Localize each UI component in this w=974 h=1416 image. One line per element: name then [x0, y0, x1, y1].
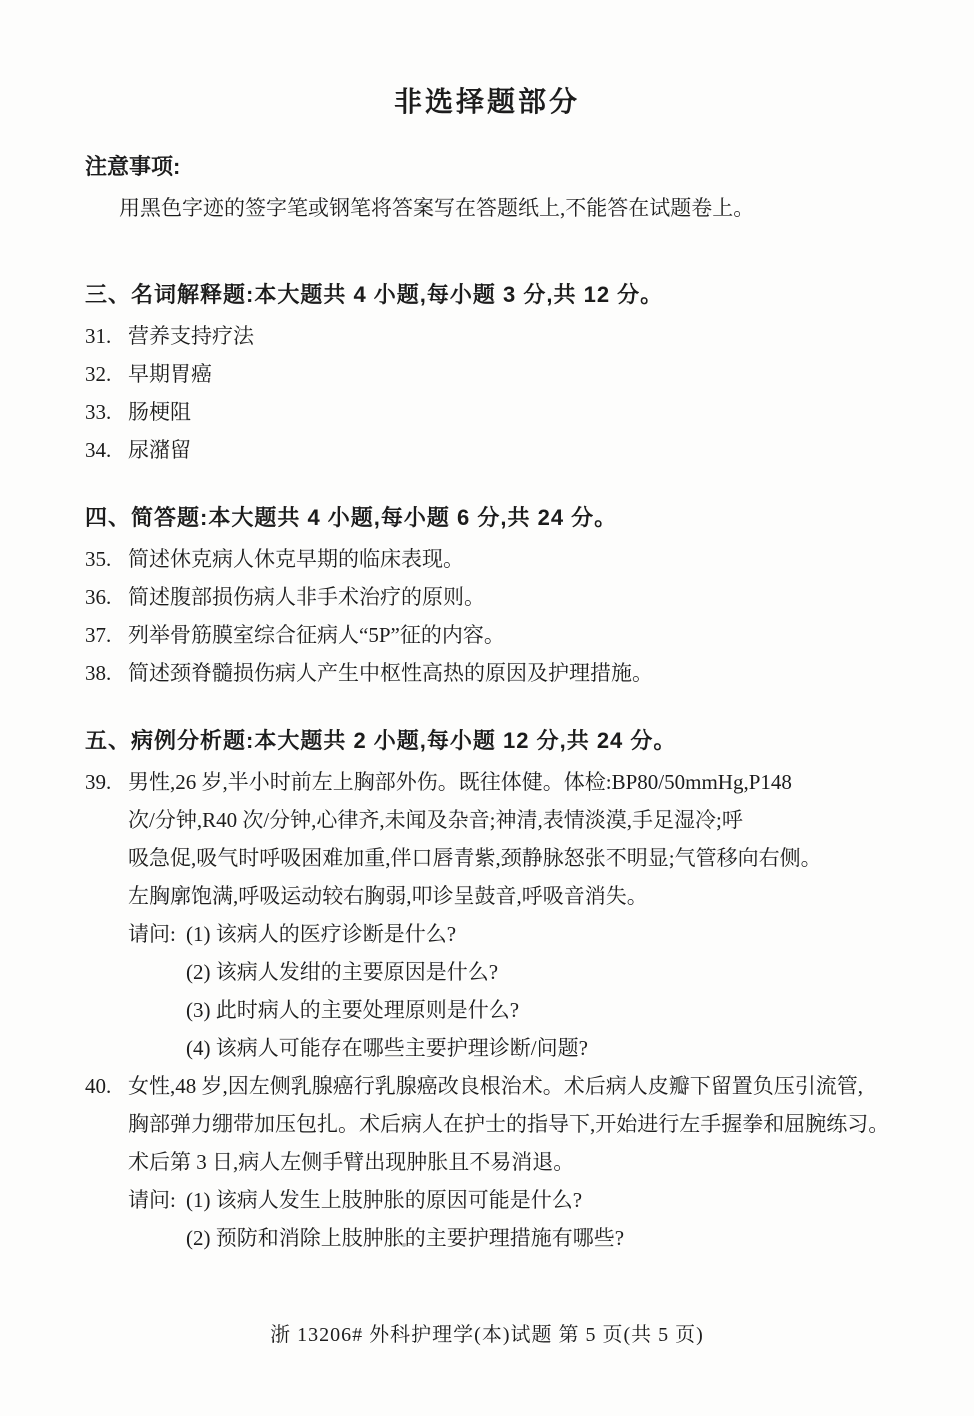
- prompt-label: 请问:: [128, 1181, 186, 1219]
- question-number: 39.: [85, 763, 128, 801]
- question-number: 36.: [85, 578, 128, 616]
- case-sub-question: (3) 此时病人的主要处理原则是什么?: [186, 991, 894, 1029]
- case-sub-question: (2) 该病人发绀的主要原因是什么?: [186, 953, 894, 991]
- case-question-row: (2) 预防和消除上肢肿胀的主要护理措施有哪些?: [128, 1219, 894, 1257]
- scan-artifact-dot: [402, 1243, 406, 1247]
- page-title: 非选择题部分: [0, 0, 974, 120]
- notice-text: 用黑色字迹的签字笔或钢笔将答案写在答题纸上,不能答在试题卷上。: [119, 192, 894, 224]
- question-text: 简述腹部损伤病人非手术治疗的原则。: [128, 578, 485, 616]
- question-number: 35.: [85, 540, 128, 578]
- page-content: 注意事项: 用黑色字迹的签字笔或钢笔将答案写在答题纸上,不能答在试题卷上。 三、…: [0, 152, 974, 1257]
- question-item: 38. 简述颈脊髓损伤病人产生中枢性高热的原因及护理措施。: [85, 654, 894, 692]
- section-header: 三、名词解释题:本大题共 4 小题,每小题 3 分,共 12 分。: [85, 276, 894, 314]
- case-body: 男性,26 岁,半小时前左上胸部外伤。既往体健。体检:BP80/50mmHg,P…: [128, 763, 894, 915]
- prompt-label: 请问:: [128, 915, 186, 953]
- question-text: 肠梗阻: [128, 393, 191, 431]
- question-text: 简述休克病人休克早期的临床表现。: [128, 540, 464, 578]
- question-item: 36. 简述腹部损伤病人非手术治疗的原则。: [85, 578, 894, 616]
- case-body-line: 胸部弹力绷带加压包扎。术后病人在护士的指导下,开始进行左手握拳和屈腕练习。: [128, 1105, 894, 1143]
- case-question-row: (3) 此时病人的主要处理原则是什么?: [128, 991, 894, 1029]
- question-text: 简述颈脊髓损伤病人产生中枢性高热的原因及护理措施。: [128, 654, 653, 692]
- question-number: 38.: [85, 654, 128, 692]
- question-item: 33. 肠梗阻: [85, 393, 894, 431]
- page-footer: 浙 13206# 外科护理学(本)试题 第 5 页(共 5 页): [0, 1318, 974, 1347]
- exam-paper-page: 非选择题部分 注意事项: 用黑色字迹的签字笔或钢笔将答案写在答题纸上,不能答在试…: [0, 0, 974, 1416]
- case-item-39: 39. 男性,26 岁,半小时前左上胸部外伤。既往体健。体检:BP80/50mm…: [85, 763, 894, 1067]
- notice-label: 注意事项:: [85, 152, 894, 182]
- question-text: 早期胃癌: [128, 355, 212, 393]
- case-sub-question: (4) 该病人可能存在哪些主要护理诊断/问题?: [186, 1029, 894, 1067]
- case-sub-question: (1) 该病人的医疗诊断是什么?: [186, 915, 894, 953]
- question-text: 营养支持疗法: [128, 317, 254, 355]
- question-number: 37.: [85, 616, 128, 654]
- case-body-line: 女性,48 岁,因左侧乳腺癌行乳腺癌改良根治术。术后病人皮瓣下留置负压引流管,: [128, 1067, 894, 1105]
- section-short-answer: 四、简答题:本大题共 4 小题,每小题 6 分,共 24 分。 35. 简述休克…: [85, 499, 894, 692]
- case-question-row: 请问: (1) 该病人发生上肢肿胀的原因可能是什么?: [128, 1181, 894, 1219]
- question-item: 32. 早期胃癌: [85, 355, 894, 393]
- question-item: 34. 尿潴留: [85, 431, 894, 469]
- question-item: 31. 营养支持疗法: [85, 317, 894, 355]
- case-sub-question: (2) 预防和消除上肢肿胀的主要护理措施有哪些?: [186, 1219, 894, 1257]
- question-number: 31.: [85, 317, 128, 355]
- question-number: 34.: [85, 431, 128, 469]
- section-term-definitions: 三、名词解释题:本大题共 4 小题,每小题 3 分,共 12 分。 31. 营养…: [85, 276, 894, 469]
- case-body-row: 40. 女性,48 岁,因左侧乳腺癌行乳腺癌改良根治术。术后病人皮瓣下留置负压引…: [85, 1067, 894, 1181]
- case-body-row: 39. 男性,26 岁,半小时前左上胸部外伤。既往体健。体检:BP80/50mm…: [85, 763, 894, 915]
- case-body: 女性,48 岁,因左侧乳腺癌行乳腺癌改良根治术。术后病人皮瓣下留置负压引流管, …: [128, 1067, 894, 1181]
- case-question-row: 请问: (1) 该病人的医疗诊断是什么?: [128, 915, 894, 953]
- case-body-line: 吸急促,吸气时呼吸困难加重,伴口唇青紫,颈静脉怒张不明显;气管移向右侧。: [128, 839, 894, 877]
- case-body-line: 次/分钟,R40 次/分钟,心律齐,未闻及杂音;神清,表情淡漠,手足湿冷;呼: [128, 801, 894, 839]
- question-number: 32.: [85, 355, 128, 393]
- question-text: 列举骨筋膜室综合征病人“5P”征的内容。: [128, 616, 505, 654]
- case-body-line: 左胸廓饱满,呼吸运动较右胸弱,叩诊呈鼓音,呼吸音消失。: [128, 877, 894, 915]
- case-question-row: (4) 该病人可能存在哪些主要护理诊断/问题?: [128, 1029, 894, 1067]
- section-header: 四、简答题:本大题共 4 小题,每小题 6 分,共 24 分。: [85, 499, 894, 537]
- question-item: 35. 简述休克病人休克早期的临床表现。: [85, 540, 894, 578]
- section-header: 五、病例分析题:本大题共 2 小题,每小题 12 分,共 24 分。: [85, 722, 894, 760]
- case-question-row: (2) 该病人发绀的主要原因是什么?: [128, 953, 894, 991]
- section-case-analysis: 五、病例分析题:本大题共 2 小题,每小题 12 分,共 24 分。 39. 男…: [85, 722, 894, 1257]
- case-body-line: 男性,26 岁,半小时前左上胸部外伤。既往体健。体检:BP80/50mmHg,P…: [128, 763, 894, 801]
- question-number: 33.: [85, 393, 128, 431]
- question-text: 尿潴留: [128, 431, 191, 469]
- question-number: 40.: [85, 1067, 128, 1105]
- case-body-line: 术后第 3 日,病人左侧手臂出现肿胀且不易消退。: [128, 1143, 894, 1181]
- question-item: 37. 列举骨筋膜室综合征病人“5P”征的内容。: [85, 616, 894, 654]
- case-sub-question: (1) 该病人发生上肢肿胀的原因可能是什么?: [186, 1181, 894, 1219]
- case-item-40: 40. 女性,48 岁,因左侧乳腺癌行乳腺癌改良根治术。术后病人皮瓣下留置负压引…: [85, 1067, 894, 1257]
